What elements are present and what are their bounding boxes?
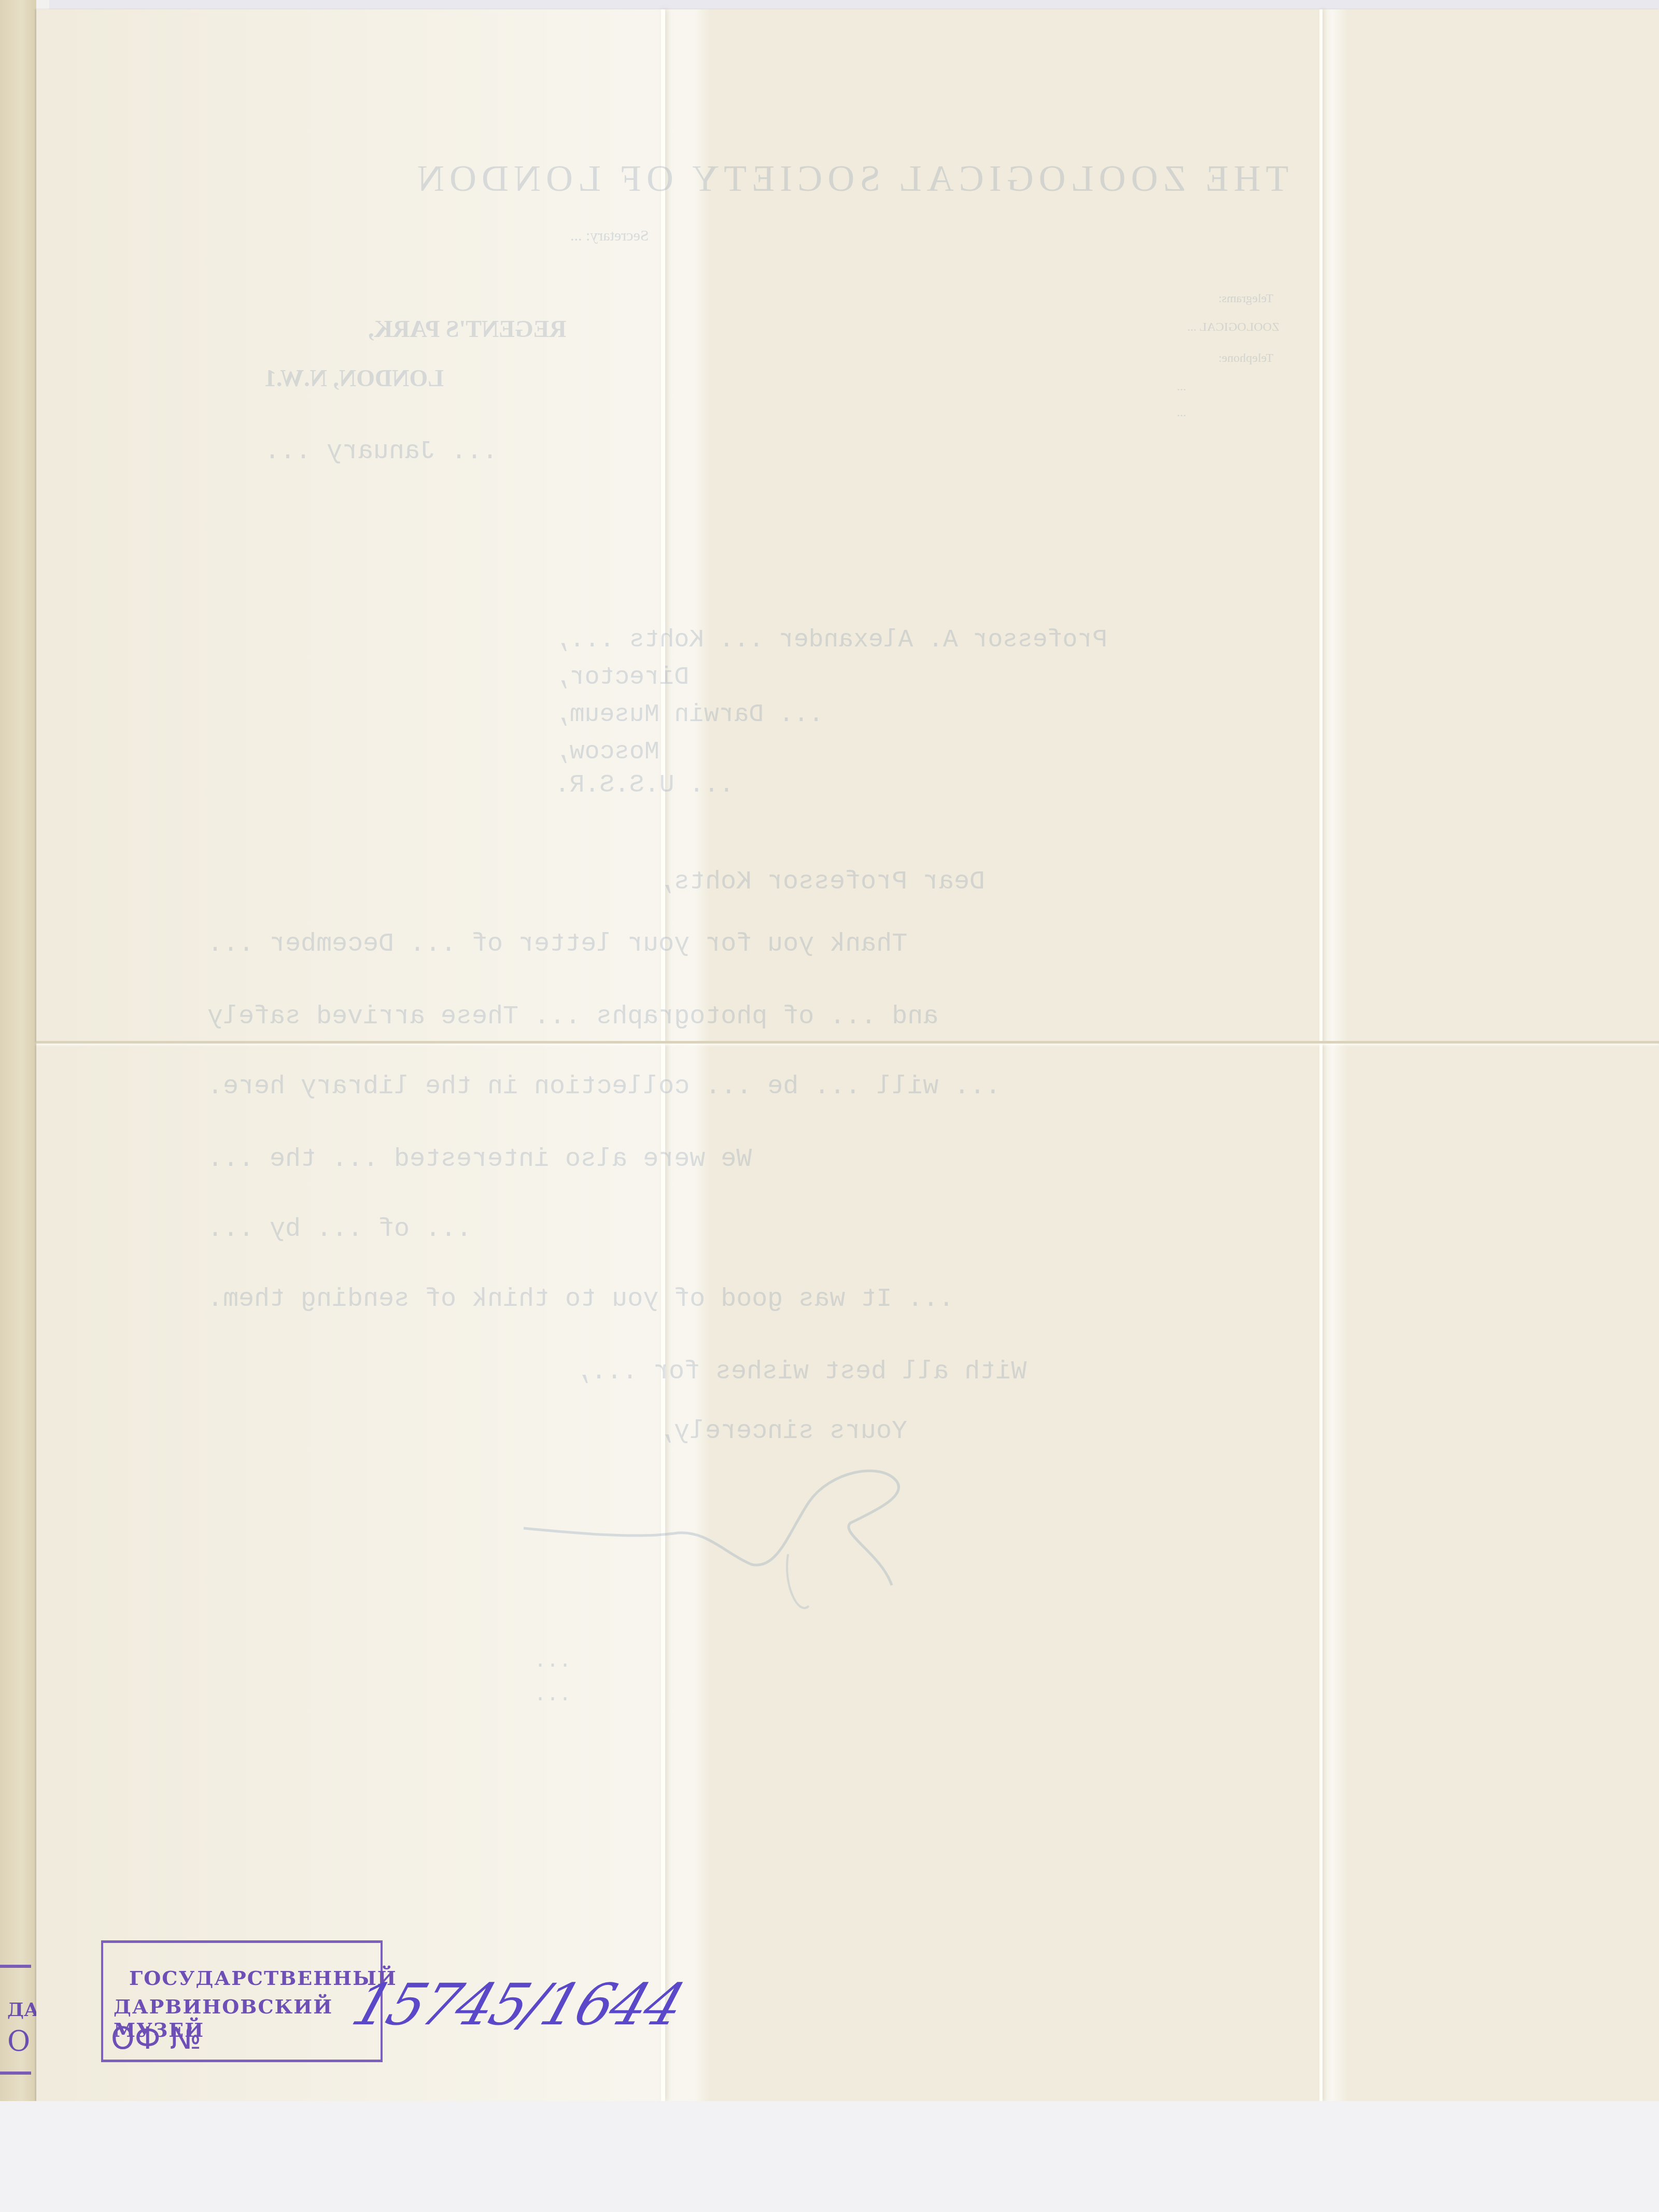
body-line: ... of ... by ... bbox=[207, 1215, 472, 1244]
signature-showthrough bbox=[518, 1450, 944, 1637]
letter-date: ... January ... bbox=[264, 437, 498, 467]
stamp-handwritten-number: 15745/1644 bbox=[344, 1971, 691, 2038]
telephone-line: ... bbox=[1177, 380, 1186, 394]
vertical-fold bbox=[661, 9, 665, 2101]
recipient-line: ... Darwin Museum, bbox=[555, 701, 823, 729]
telegrams-label: Telegrams: bbox=[1218, 292, 1273, 306]
recipient-line: ... U.S.S.R. bbox=[555, 771, 734, 799]
body-line: and ... of photographs ... These arrived… bbox=[207, 1002, 938, 1032]
underlying-stamp-text: О bbox=[7, 2025, 30, 2058]
horizontal-fold bbox=[36, 1041, 1659, 1044]
telegrams-value: ZOOLOGICAL ... bbox=[1187, 320, 1280, 334]
underlying-stamp-fragment: ДА О bbox=[0, 1965, 31, 2075]
recipient-line: Director, bbox=[555, 664, 689, 692]
letterhead-title: THE ZOOLOGICAL SOCIETY OF LONDON bbox=[412, 157, 1289, 200]
vertical-fold bbox=[1319, 9, 1323, 2101]
telephone-label: Telephone: bbox=[1218, 351, 1273, 365]
body-line: We were also interested ... the ... bbox=[207, 1145, 752, 1174]
body-line: Thank you for your letter of ... Decembe… bbox=[207, 929, 907, 959]
closing: Yours sincerely, bbox=[658, 1417, 907, 1446]
body-line: With all best wishes for ..., bbox=[575, 1357, 1027, 1387]
salutation: Dear Professor Kohts, bbox=[658, 867, 985, 897]
underlying-stamp-text: ДА bbox=[7, 1999, 39, 2021]
museum-inventory-stamp: ГОСУДАРСТВЕННЫЙ ДАРВИНОВСКИЙ МУЗЕЙ ОФ № bbox=[101, 1940, 383, 2062]
scan-background bbox=[0, 2101, 1659, 2212]
telephone-line: ... bbox=[1177, 406, 1186, 420]
stamp-museum-name-line1: ГОСУДАРСТВЕННЫЙ bbox=[129, 1966, 397, 1990]
body-line: ... It was good of you to think of sendi… bbox=[207, 1285, 954, 1314]
background-strip bbox=[49, 0, 1659, 9]
signature-block-line: ... bbox=[534, 1650, 571, 1673]
recipient-line: Professor A. Alexander ... Kohts ..., bbox=[555, 626, 1107, 654]
letter-sheet: THE ZOOLOGICAL SOCIETY OF LONDON Secreta… bbox=[36, 9, 1659, 2101]
underlying-sheet: ДА О bbox=[0, 0, 36, 2125]
signature-block-line: ... bbox=[534, 1684, 571, 1707]
letterhead-subtitle: Secretary: ... bbox=[570, 227, 649, 245]
body-line: ... will ... be ... collection in the li… bbox=[207, 1072, 1001, 1102]
address-line: LONDON, N.W.1 bbox=[264, 364, 444, 392]
recipient-line: Moscow, bbox=[555, 738, 659, 766]
address-line: REGENT'S PARK, bbox=[368, 315, 567, 343]
stamp-fund-label: ОФ № bbox=[111, 2021, 201, 2056]
